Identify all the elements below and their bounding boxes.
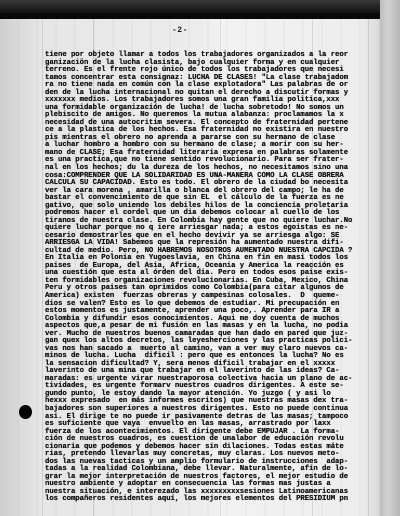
typewritten-body: tiene por objeto llamar a todos los trab…: [45, 52, 375, 504]
page-number: -2-: [172, 26, 188, 35]
scan-streak: [42, 19, 43, 516]
scan-right-edge: [380, 0, 400, 516]
scan-top-edge: [0, 13, 380, 19]
text-line: los compañeros residentes aquí, los mejo…: [45, 496, 375, 504]
punch-hole: [19, 405, 32, 419]
document-page: -2- tiene por objeto llamar a todos los …: [0, 0, 400, 516]
